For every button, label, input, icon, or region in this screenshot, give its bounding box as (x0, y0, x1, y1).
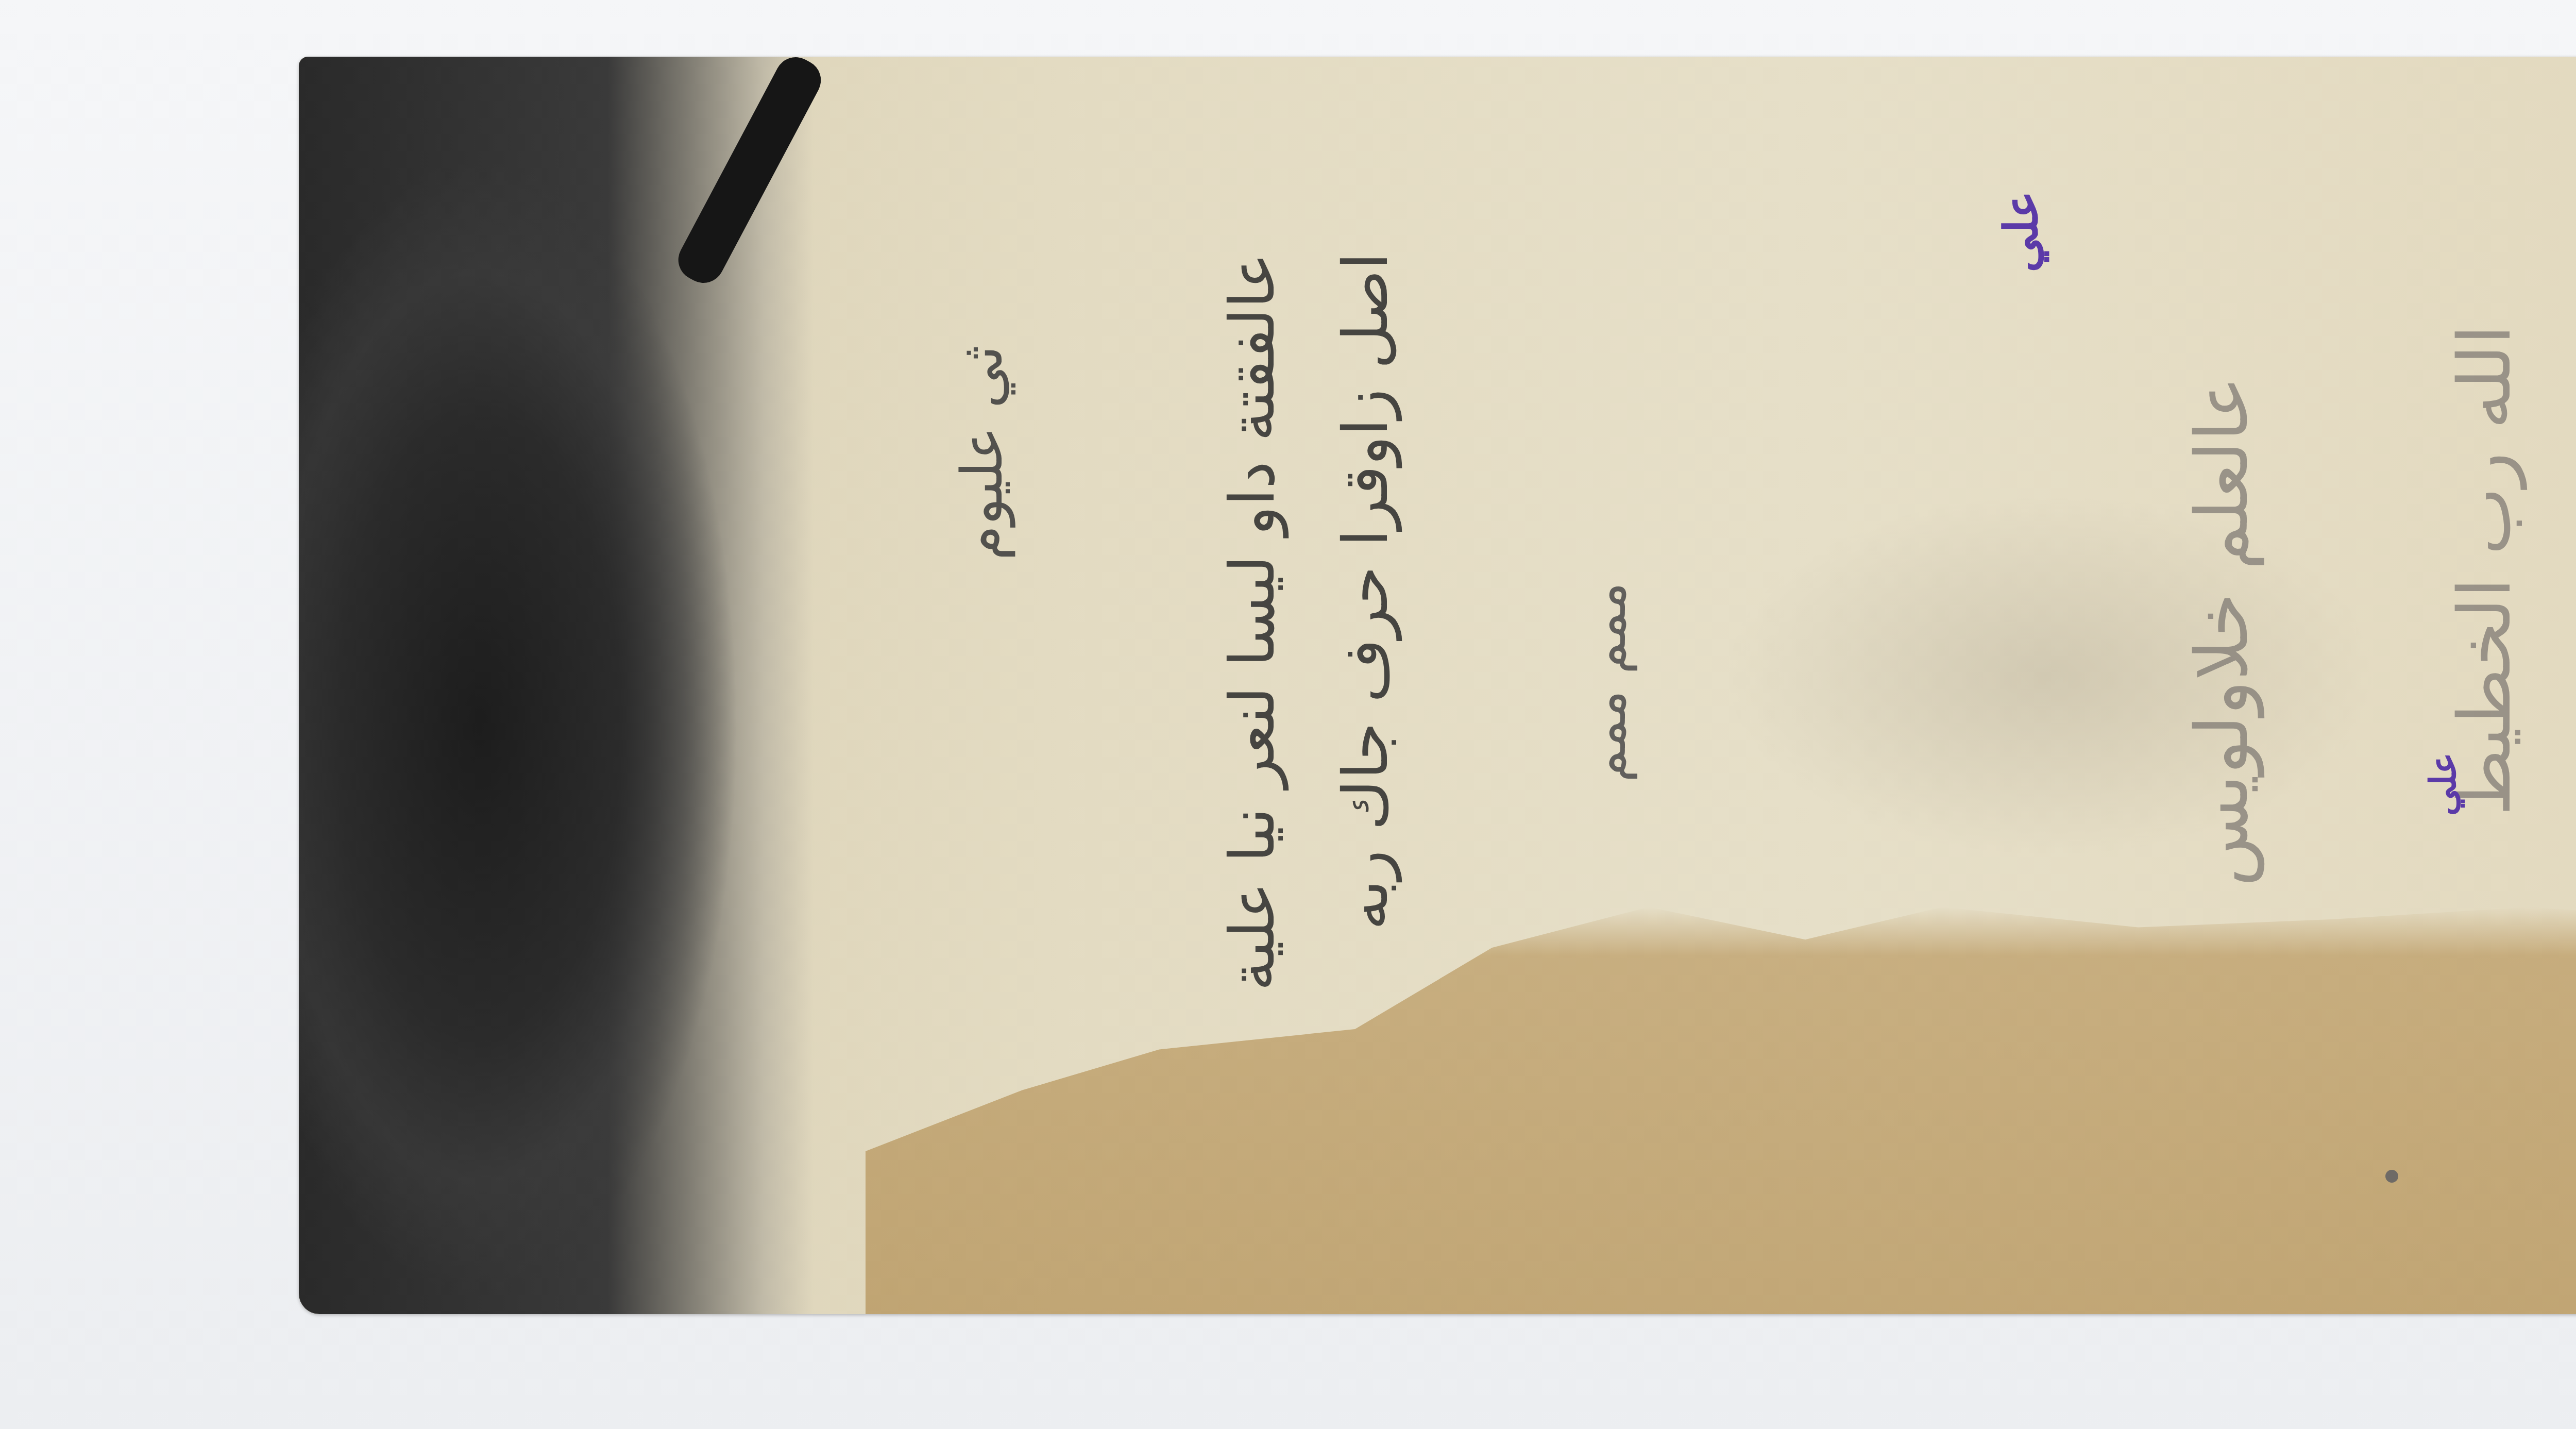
purple-stamp-1: علي (1994, 191, 2048, 273)
manuscript-page: ثي عليوم عالفقتة داو ليسا لنعر نيا علية … (299, 57, 2576, 1314)
middle-handwriting: ممم ممم (1577, 582, 1638, 782)
faint-pencil-line-2: الله رب الخطيط (2442, 325, 2529, 816)
faint-pencil-line-1: عالعلم خلاولويس (2179, 376, 2266, 887)
water-stain (866, 907, 2576, 1314)
scan-background: ثي عليوم عالفقتة داو ليسا لنعر نيا علية … (0, 0, 2576, 1429)
side-handwriting: ثي عليوم (948, 345, 1016, 560)
handwriting-line-1: عالفقتة داو ليسا لنعر نيا علية (1216, 253, 1290, 991)
handwriting-line-2: اصل زاوقرا حرف جاك ربه (1329, 253, 1403, 930)
ink-blot (299, 57, 814, 1314)
purple-stamp-2: علي (2421, 752, 2464, 816)
stain-spot (2385, 1170, 2398, 1183)
